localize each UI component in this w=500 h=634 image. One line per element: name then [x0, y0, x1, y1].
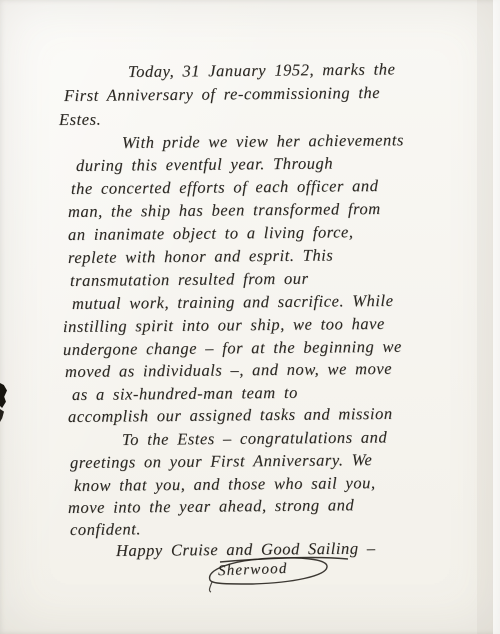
signature: Sherwood — [196, 550, 366, 594]
handwritten-line: mutual work, training and sacrifice. Whi… — [72, 291, 394, 314]
handwritten-line: know that you, and those who sail you, — [74, 473, 376, 496]
handwritten-line: confident. — [70, 519, 141, 540]
handwritten-line: man, the ship has been transformed from — [68, 199, 381, 222]
handwritten-line: Today, 31 January 1952, marks the — [128, 59, 396, 82]
handwritten-line: greetings on your First Anniversary. We — [70, 450, 373, 473]
scan-edge-highlight — [493, 0, 500, 634]
handwritten-line: replete with honor and esprit. This — [68, 245, 333, 268]
handwritten-line: transmutation resulted from our — [70, 269, 309, 291]
scan-binding-mark — [0, 383, 7, 408]
handwritten-line: To the Estes – congratulations and — [122, 427, 387, 450]
handwritten-line: the concerted efforts of each officer an… — [71, 176, 379, 199]
scan-binding-mark — [0, 409, 4, 422]
handwritten-line: moved as individuals –, and now, we move — [65, 359, 392, 382]
handwritten-line: instilling spirit into our ship, we too … — [63, 314, 385, 337]
signature-name: Sherwood — [218, 561, 288, 580]
handwritten-line: undergone change – for at the beginning … — [63, 337, 402, 360]
scanned-letter-page: Today, 31 January 1952, marks theFirst A… — [0, 0, 500, 634]
handwritten-line: Estes. — [59, 110, 101, 130]
handwritten-line: First Anniversary of re-commissioning th… — [64, 83, 380, 106]
handwritten-line: during this eventful year. Through — [76, 154, 333, 176]
handwritten-line: With pride we view her achievements — [122, 130, 404, 153]
scan-edge-shading — [477, 0, 493, 634]
handwritten-line: move into the year ahead, strong and — [68, 495, 354, 518]
handwritten-line: as a six-hundred-man team to — [72, 383, 298, 405]
handwritten-line: an inanimate object to a living force, — [68, 222, 354, 245]
handwritten-line: accomplish our assigned tasks and missio… — [68, 404, 393, 427]
